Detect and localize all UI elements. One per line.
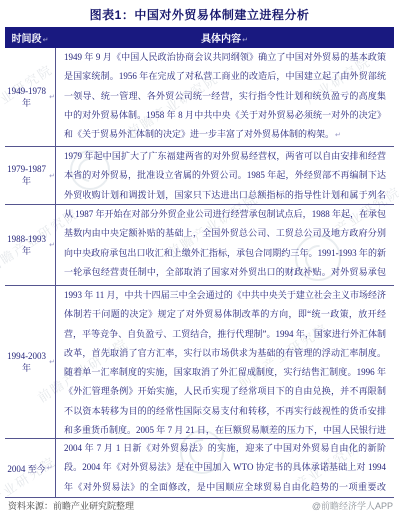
table-row: 1949-1978 年↵ 1949 年 9 月《中国人民政治协商会议共同纲领》确… bbox=[5, 48, 394, 147]
page-title: 图表1：中国对外贸易体制建立进程分析 bbox=[0, 0, 399, 23]
period-cell: 1949-1978 年↵ bbox=[5, 48, 56, 146]
period-cell: 2004 至今↵ bbox=[5, 439, 56, 497]
content-text: 1979 年起中国扩大了广东福建两省的对外贸易经营权，两省可以自由安排和经营本省… bbox=[64, 151, 386, 204]
period-label: 1994-2003 年 bbox=[5, 351, 48, 374]
period-cell: 1979-1987 年↵ bbox=[5, 147, 56, 204]
table-row: 1979-1987 年↵ 1979 年起中国扩大了广东福建两省的对外贸易经营权，… bbox=[5, 147, 394, 205]
timeline-table: 时间段↵ 具体内容↵ 1949-1978 年↵ 1949 年 9 月《中国人民政… bbox=[5, 27, 394, 498]
app-credit: @前瞻经济学人APP bbox=[312, 499, 393, 512]
content-cell: 1949 年 9 月《中国人民政治协商会议共同纲领》确立了中国对外贸易的基本政策… bbox=[56, 48, 394, 146]
paragraph-mark-icon: ↵ bbox=[49, 241, 55, 249]
paragraph-mark-icon: ↵ bbox=[49, 172, 55, 180]
header-cell-content: 具体内容↵ bbox=[55, 30, 394, 45]
period-label: 1979-1987 年 bbox=[5, 164, 48, 187]
paragraph-mark-icon: ↵ bbox=[49, 358, 55, 366]
period-label: 1988-1993 年 bbox=[5, 234, 48, 257]
period-cell: 1994-2003 年↵ bbox=[5, 286, 56, 438]
content-cell: 1993 年 11 月，中共十四届三中全会通过的《中共中央关于建立社会主义市场经… bbox=[56, 286, 394, 438]
table-row: 1994-2003 年↵ 1993 年 11 月，中共十四届三中全会通过的《中共… bbox=[5, 286, 394, 439]
content-text: 从 1987 年开始在对部分外贸企业公司进行经营承包制试点后，1988 年起，在… bbox=[64, 209, 386, 285]
header-label-period: 时间段 bbox=[12, 34, 42, 45]
content-text: 1993 年 11 月，中共十四届三中全会通过的《中共中央关于建立社会主义市场经… bbox=[64, 290, 386, 438]
footer: 资料来源：前瞻产业研究院整理 @前瞻经济学人APP bbox=[8, 499, 393, 512]
period-label: 2004 至今 bbox=[7, 462, 45, 475]
report-figure-page: { "title": "图表1：中国对外贸易体制建立进程分析", "table"… bbox=[0, 0, 399, 520]
content-cell: 1979 年起中国扩大了广东福建两省的对外贸易经营权，两省可以自由安排和经营本省… bbox=[56, 147, 394, 204]
content-text: 1949 年 9 月《中国人民政治协商会议共同纲领》确立了中国对外贸易的基本政策… bbox=[64, 52, 386, 139]
content-cell: 从 1987 年开始在对部分外贸企业公司进行经营承包制试点后，1988 年起，在… bbox=[56, 205, 394, 285]
paragraph-mark-icon: ↵ bbox=[242, 37, 248, 44]
header-cell-period: 时间段↵ bbox=[5, 30, 55, 45]
paragraph-mark-icon: ↵ bbox=[335, 131, 341, 139]
period-cell: 1988-1993 年↵ bbox=[5, 205, 56, 285]
content-cell: 2004 年 7 月 1 日新《对外贸易法》的实施，迎来了中国对外贸易自由化的新… bbox=[56, 439, 394, 497]
period-label: 1949-1978 年 bbox=[5, 86, 48, 109]
table-row: 2004 至今↵ 2004 年 7 月 1 日新《对外贸易法》的实施，迎来了中国… bbox=[5, 439, 394, 498]
table-row: 1988-1993 年↵ 从 1987 年开始在对部分外贸企业公司进行经营承包制… bbox=[5, 205, 394, 286]
content-text: 2004 年 7 月 1 日新《对外贸易法》的实施，迎来了中国对外贸易自由化的新… bbox=[64, 443, 386, 497]
paragraph-mark-icon: ↵ bbox=[47, 464, 53, 472]
paragraph-mark-icon: ↵ bbox=[43, 37, 49, 44]
table-header-row: 时间段↵ 具体内容↵ bbox=[5, 27, 394, 48]
data-source-note: 资料来源：前瞻产业研究院整理 bbox=[8, 499, 134, 512]
paragraph-mark-icon: ↵ bbox=[49, 93, 55, 101]
header-label-content: 具体内容 bbox=[201, 34, 241, 45]
